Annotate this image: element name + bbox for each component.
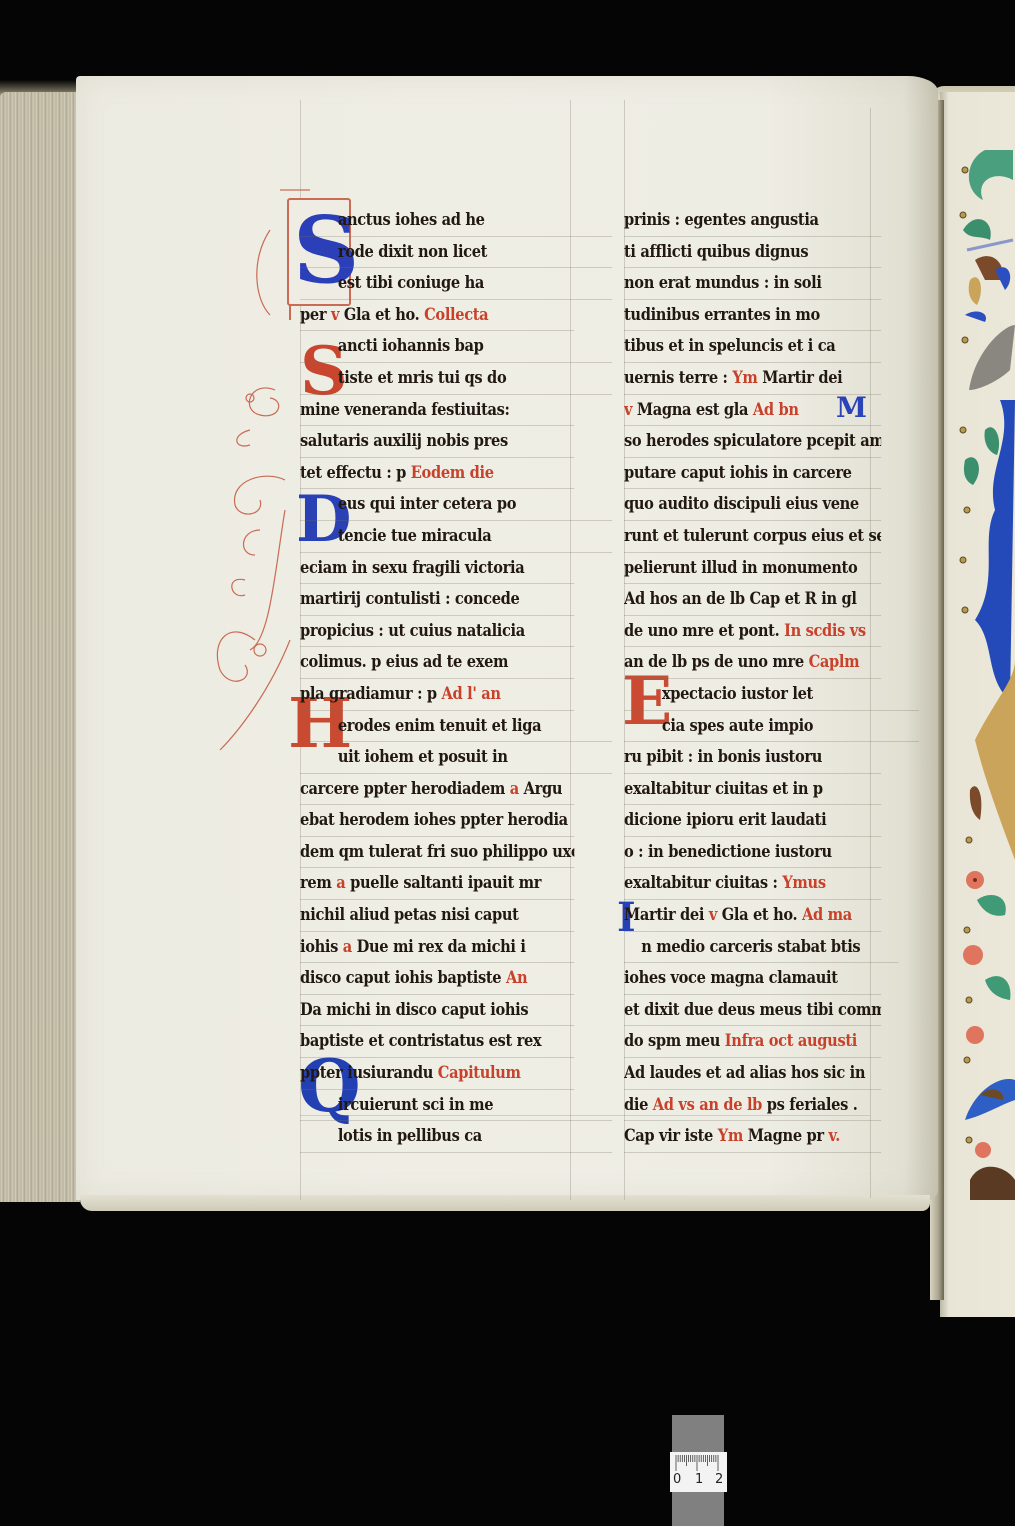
text-line: n medio carceris stabat btis xyxy=(624,932,899,964)
illuminated-border xyxy=(955,140,1015,1200)
rubric-text: Eodem die xyxy=(411,463,494,483)
body-text: Gla et ho. xyxy=(717,905,802,925)
body-text: Gla et ho. xyxy=(339,305,424,325)
text-line: ancti iohannis bap xyxy=(300,331,612,363)
text-line: tencie tue miracula xyxy=(300,521,612,553)
text-line: per v Gla et ho. Collecta xyxy=(300,300,574,332)
rubric-text: An xyxy=(506,968,527,988)
text-line: tibus et in speluncis et i ca xyxy=(624,331,881,363)
ruler-ticks xyxy=(674,1455,720,1471)
text-line: mine veneranda festiuitas: xyxy=(300,395,574,427)
text-line: nichil aliud petas nisi caput xyxy=(300,900,574,932)
rubric-text: Ad l' an xyxy=(441,684,500,704)
text-line: Da michi in disco caput iohis xyxy=(300,995,574,1027)
right-text-column: prinis : egentes angustiati afflicti qui… xyxy=(624,205,882,1153)
scale-label-2: 2 xyxy=(715,1472,723,1487)
body-text: ps feriales . xyxy=(762,1095,857,1115)
rubric-text: Ym xyxy=(718,1126,743,1146)
scale-label-1: 1 xyxy=(695,1472,703,1487)
rubric-text: Ad bn xyxy=(753,400,799,420)
text-line: exaltabitur ciuitas : Ymus xyxy=(624,868,881,900)
body-text: Cap vir iste xyxy=(624,1126,718,1146)
text-line: prinis : egentes angustia xyxy=(624,205,881,237)
text-line: Ad laudes et ad alias hos sic in xyxy=(624,1058,881,1090)
rubric-text: v xyxy=(709,905,717,925)
body-text: rem xyxy=(300,873,336,893)
page-bottom-edge xyxy=(80,1195,930,1211)
text-line: Martir dei v Gla et ho. Ad ma xyxy=(624,900,881,932)
text-line: putare caput iohis in carcere xyxy=(624,458,881,490)
stacked-page-edges xyxy=(0,92,80,1202)
text-line: uit iohem et posuit in xyxy=(300,742,612,774)
body-text: Magne pr xyxy=(743,1126,829,1146)
body-text: ppter iusiurandu xyxy=(300,1063,438,1083)
text-line: baptiste et contristatus est rex xyxy=(300,1026,574,1058)
text-line: colimus. p eius ad te exem xyxy=(300,647,574,679)
text-line: die Ad vs an de lb ps feriales . xyxy=(624,1090,881,1122)
left-text-column: anctus iohes ad herode dixit non licetes… xyxy=(300,205,575,1153)
text-line: tiste et mris tui qs do xyxy=(300,363,612,395)
body-text: de uno mre et pont. xyxy=(624,621,784,641)
text-line: rem a puelle saltanti ipauit mr xyxy=(300,868,574,900)
text-line: ppter iusiurandu Capitulum xyxy=(300,1058,574,1090)
text-line: runt et tulerunt corpus eius et se xyxy=(624,521,881,553)
text-line: martirij contulisti : concede xyxy=(300,584,574,616)
text-line: ti afflicti quibus dignus xyxy=(624,237,881,269)
rubric-text: Capitulum xyxy=(438,1063,521,1083)
rubric-text: a xyxy=(510,779,519,799)
rubric-text: Ad ma xyxy=(802,905,852,925)
text-line: eciam in sexu fragili victoria xyxy=(300,553,574,585)
text-line: quo audito discipuli eius vene xyxy=(624,489,881,521)
text-line: et dixit due deus meus tibi comme xyxy=(624,995,881,1027)
text-line: xpectacio iustor let xyxy=(624,679,919,711)
text-line: est tibi coniuge ha xyxy=(300,268,612,300)
scale-label-0: 0 xyxy=(673,1472,681,1487)
text-line: exaltabitur ciuitas et in p xyxy=(624,774,881,806)
text-line: propicius : ut cuius natalicia xyxy=(300,616,574,648)
rubric-text: Ym xyxy=(732,368,757,388)
text-line: Cap vir iste Ym Magne pr v. xyxy=(624,1121,881,1153)
body-text: do spm meu xyxy=(624,1031,725,1051)
text-line: dicione ipioru erit laudati xyxy=(624,805,881,837)
text-line: do spm meu Infra oct augusti xyxy=(624,1026,881,1058)
text-line: pelierunt illud in monumento xyxy=(624,553,881,585)
text-line: erodes enim tenuit et liga xyxy=(300,711,612,743)
rubric-text: a xyxy=(343,937,352,957)
body-text: Argu xyxy=(519,779,562,799)
body-text: tet effectu : p xyxy=(300,463,411,483)
text-line: an de lb ps de uno mre Caplm xyxy=(624,647,881,679)
body-text: Ad hos an de lb Cap et R in gl xyxy=(624,589,857,609)
body-text: exaltabitur ciuitas : xyxy=(624,873,782,893)
body-text: per xyxy=(300,305,331,325)
text-line: eus qui inter cetera po xyxy=(300,489,612,521)
body-text: carcere ppter herodiadem xyxy=(300,779,510,799)
text-line: Ad hos an de lb Cap et R in gl xyxy=(624,584,881,616)
text-line: o : in benedictione iustoru xyxy=(624,837,881,869)
text-line: tudinibus errantes in mo xyxy=(624,300,881,332)
rubric-text: Ad vs an de lb xyxy=(653,1095,762,1115)
text-line: anctus iohes ad he xyxy=(300,205,612,237)
rubric-text: Caplm xyxy=(809,652,860,672)
body-text: Martir dei xyxy=(624,905,709,925)
rubric-text: Ymus xyxy=(782,873,825,893)
text-line: rode dixit non licet xyxy=(300,237,612,269)
text-line: carcere ppter herodiadem a Argu xyxy=(300,774,574,806)
text-line: salutaris auxilij nobis pres xyxy=(300,426,574,458)
text-line: lotis in pellibus ca xyxy=(300,1121,612,1153)
rubric-text: v. xyxy=(829,1126,840,1146)
rubric-text: Collecta xyxy=(424,305,488,325)
text-line: non erat mundus : in soli xyxy=(624,268,881,300)
rubric-text: In scdis vs xyxy=(784,621,866,641)
text-line: ru pibit : in bonis iustoru xyxy=(624,742,881,774)
text-line: so herodes spiculatore pcepit am xyxy=(624,426,881,458)
text-line: de uno mre et pont. In scdis vs xyxy=(624,616,881,648)
body-text: puelle saltanti ipauit mr xyxy=(345,873,541,893)
body-text: die xyxy=(624,1095,653,1115)
text-line: tet effectu : p Eodem die xyxy=(300,458,574,490)
body-text: Due mi rex da michi i xyxy=(352,937,526,957)
text-line: disco caput iohis baptiste An xyxy=(300,963,574,995)
text-line: ircuierunt sci in me xyxy=(300,1090,612,1122)
rubric-text: Infra oct augusti xyxy=(725,1031,857,1051)
body-text: disco caput iohis baptiste xyxy=(300,968,506,988)
body-text: iohis xyxy=(300,937,343,957)
text-line: uernis terre : Ym Martir dei xyxy=(624,363,881,395)
text-line: dem qm tulerat fri suo philippo uxo xyxy=(300,837,574,869)
text-line: cia spes aute impio xyxy=(624,711,919,743)
rubric-text: a xyxy=(336,873,345,893)
text-line: iohis a Due mi rex da michi i xyxy=(300,932,574,964)
text-line: pla gradiamur : p Ad l' an xyxy=(300,679,574,711)
body-text: uernis terre : xyxy=(624,368,732,388)
body-text: Martir dei xyxy=(758,368,843,388)
body-text: an de lb ps de uno mre xyxy=(624,652,809,672)
text-line: v Magna est gla Ad bn xyxy=(624,395,881,427)
scale-bar: 0 1 2 xyxy=(670,1452,727,1492)
text-line: ebat herodem iohes ppter herodia xyxy=(300,805,574,837)
body-text: Magna est gla xyxy=(632,400,753,420)
body-text: pla gradiamur : p xyxy=(300,684,441,704)
text-line: iohes voce magna clamauit xyxy=(624,963,881,995)
